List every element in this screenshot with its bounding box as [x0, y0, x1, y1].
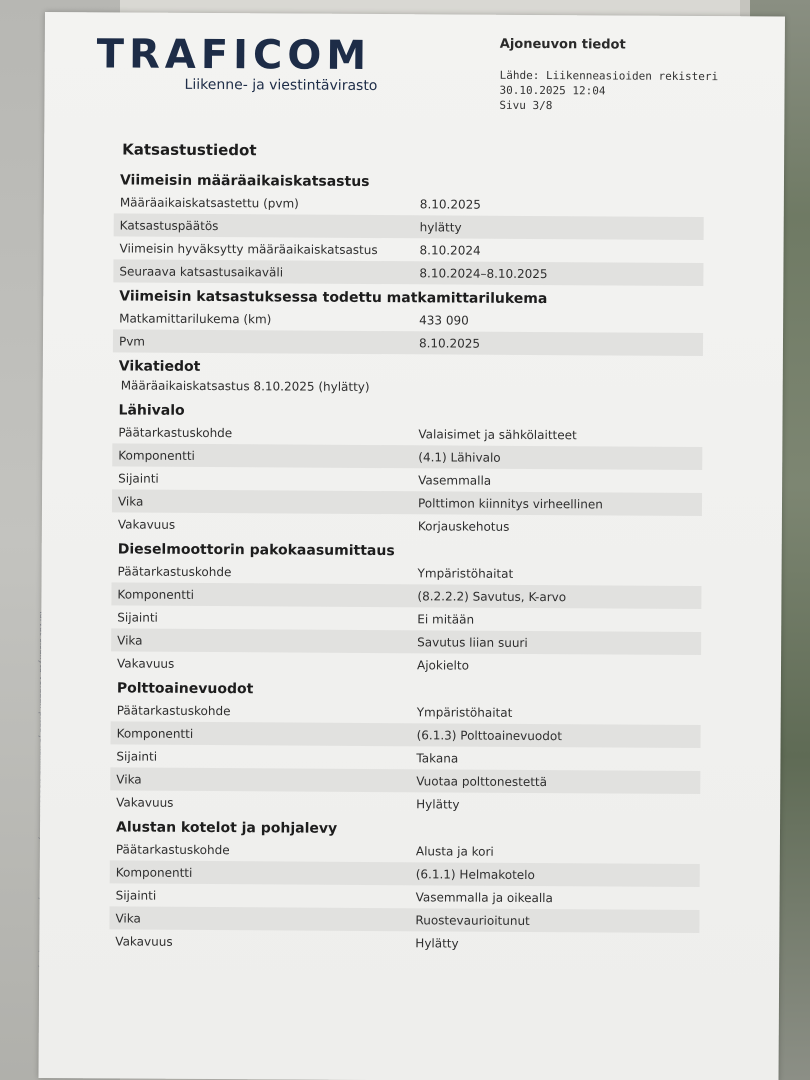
- row-value: Alusta ja kori: [416, 844, 700, 860]
- row-label: Seuraava katsastusaikaväli: [113, 264, 419, 280]
- section-heading: Viimeisin määräaikaiskatsastus: [120, 172, 704, 192]
- row-value: (6.1.3) Polttoainevuodot: [417, 728, 701, 744]
- row-label: Vakavuus: [111, 656, 417, 672]
- row-label: Päätarkastuskohde: [110, 842, 416, 858]
- row-label: Katsastuspäätös: [114, 218, 420, 234]
- row-label: Sijainti: [111, 610, 417, 626]
- row-label: Päätarkastuskohde: [112, 564, 418, 580]
- row-value: Ruostevaurioitunut: [415, 913, 699, 929]
- row-value: 8.10.2024–8.10.2025: [419, 266, 703, 282]
- row-label: Sijainti: [110, 888, 416, 904]
- fault-section: PolttoainevuodotPäätarkastuskohdeYmpäris…: [110, 680, 701, 817]
- row-value: 433 090: [419, 313, 703, 329]
- page-title: Katsastustiedot: [122, 140, 704, 162]
- inspection-section: Viimeisin määräaikaiskatsastusMääräaikai…: [113, 172, 704, 286]
- row-value: Ajokielto: [417, 658, 701, 674]
- table-row: Pvm8.10.2025: [113, 329, 703, 356]
- row-value: 8.10.2024: [420, 243, 704, 259]
- row-value: Vasemmalla ja oikealla: [416, 890, 700, 906]
- table-row: VakavuusAjokielto: [111, 651, 701, 678]
- row-value: Vasemmalla: [418, 473, 702, 489]
- row-label: Komponentti: [112, 448, 418, 464]
- section-heading: Polttoainevuodot: [117, 680, 701, 700]
- row-label: Komponentti: [111, 587, 417, 603]
- source-line: Lähde: Liikenneasioiden rekisteri: [500, 68, 719, 84]
- row-value: (4.1) Lähivalo: [418, 450, 702, 466]
- row-label: Vakavuus: [110, 795, 416, 811]
- fault-section: LähivaloPäätarkastuskohdeValaisimet ja s…: [112, 402, 703, 539]
- row-value: Ympäristöhaitat: [418, 566, 702, 582]
- row-value: Hylätty: [416, 797, 700, 813]
- inspection-section: Viimeisin katsastuksessa todettu matkami…: [113, 288, 703, 356]
- row-label: Päätarkastuskohde: [111, 703, 417, 719]
- document-title: Ajoneuvon tiedot: [500, 37, 719, 53]
- fault-section: Alustan kotelot ja pohjalevyPäätarkastus…: [109, 819, 700, 956]
- row-label: Vakavuus: [112, 517, 418, 533]
- document-header: Ajoneuvon tiedot Lähde: Liikenneasioiden…: [499, 37, 718, 114]
- datetime-line: 30.10.2025 12:04: [499, 83, 718, 99]
- table-row: VakavuusHylätty: [110, 790, 700, 817]
- row-label: Vika: [112, 494, 418, 510]
- page-number: Sivu 3/8: [499, 98, 718, 114]
- faults-note: Määräaikaiskatsastus 8.10.2025 (hylätty): [113, 378, 703, 396]
- row-label: Määräaikaiskatsastettu (pvm): [114, 195, 420, 211]
- row-label: Vika: [109, 911, 415, 927]
- section-heading: Dieselmoottorin pakokaasumittaus: [118, 541, 702, 561]
- row-label: Päätarkastuskohde: [112, 425, 418, 441]
- row-value: Polttimon kiinnitys virheellinen: [418, 496, 702, 512]
- row-value: Vuotaa polttonestettä: [416, 774, 700, 790]
- table-row: VakavuusKorjauskehotus: [112, 512, 702, 539]
- traficom-logo: TRAFICOM Liikenne- ja viestintävirasto: [97, 32, 378, 94]
- row-value: Valaisimet ja sähkölaitteet: [418, 427, 702, 443]
- row-value: 8.10.2025: [420, 197, 704, 213]
- row-label: Sijainti: [110, 749, 416, 765]
- table-row: Seuraava katsastusaikaväli8.10.2024–8.10…: [113, 259, 703, 286]
- fault-section: Dieselmoottorin pakokaasumittausPäätarka…: [111, 541, 702, 678]
- row-value: Korjauskehotus: [418, 519, 702, 535]
- row-value: Ympäristöhaitat: [417, 705, 701, 721]
- table-row: VakavuusHylätty: [109, 929, 699, 956]
- row-label: Viimeisin hyväksytty määräaikaiskatsastu…: [114, 241, 420, 257]
- section-heading: Viimeisin katsastuksessa todettu matkami…: [119, 288, 703, 308]
- row-label: Vika: [111, 633, 417, 649]
- row-label: Vakavuus: [109, 934, 415, 950]
- section-heading: Alustan kotelot ja pohjalevy: [116, 819, 700, 839]
- row-value: Ei mitään: [417, 612, 701, 628]
- row-value: Savutus liian suuri: [417, 635, 701, 651]
- document-content: Katsastustiedot Viimeisin määräaikaiskat…: [109, 140, 704, 962]
- row-label: Sijainti: [112, 471, 418, 487]
- row-value: (8.2.2.2) Savutus, K-arvo: [417, 589, 701, 605]
- row-value: Hylätty: [415, 936, 699, 952]
- logo-wordmark: TRAFICOM: [97, 32, 378, 78]
- row-value: hylätty: [420, 220, 704, 236]
- row-label: Pvm: [113, 334, 419, 350]
- row-value: (6.1.1) Helmakotelo: [416, 867, 700, 883]
- row-label: Matkamittarilukema (km): [113, 311, 419, 327]
- row-label: Komponentti: [110, 865, 416, 881]
- faults-heading: Vikatiedot: [119, 358, 703, 378]
- section-heading: Lähivalo: [119, 402, 703, 422]
- document-page: TRAFICOM Liikenne- ja viestintävirasto A…: [38, 12, 784, 1080]
- logo-subtitle: Liikenne- ja viestintävirasto: [185, 77, 378, 94]
- row-label: Vika: [110, 772, 416, 788]
- row-label: Komponentti: [111, 726, 417, 742]
- row-value: 8.10.2025: [419, 336, 703, 352]
- row-value: Takana: [416, 751, 700, 767]
